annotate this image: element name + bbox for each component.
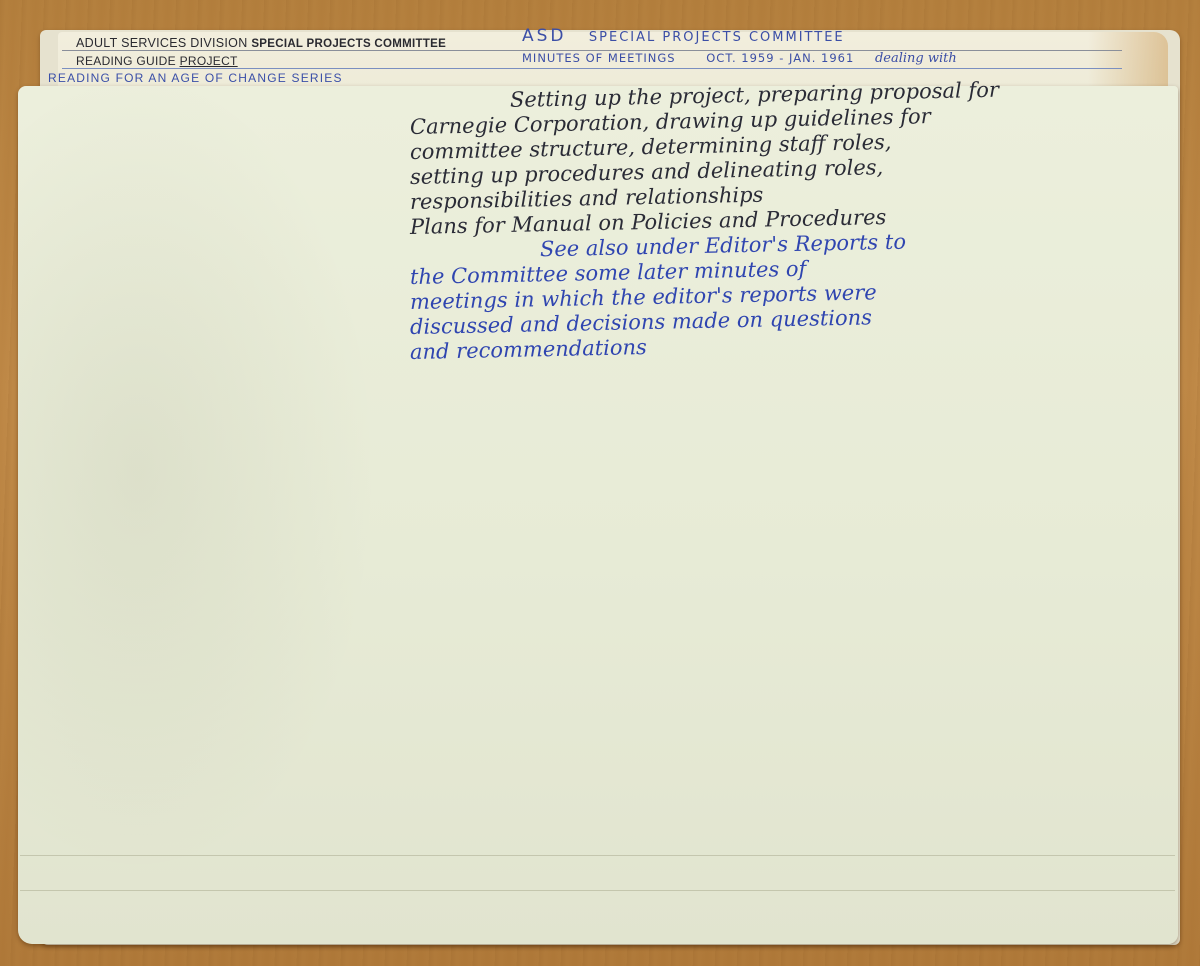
committee-name: SPECIAL PROJECTS COMMITTEE bbox=[251, 38, 446, 50]
tab-handwritten-subtitle: MINUTES OF MEETINGS OCT. 1959 - JAN. 196… bbox=[522, 51, 957, 66]
label-line-project: READING GUIDE PROJECT bbox=[76, 54, 238, 68]
tab-title-asd: ASD bbox=[522, 26, 567, 46]
tab-continuation: dealing with bbox=[875, 51, 957, 66]
label-line-series: READING FOR AN AGE OF CHANGE SERIES bbox=[48, 71, 343, 85]
tab-dates: OCT. 1959 - JAN. 1961 bbox=[706, 51, 854, 65]
tab-title-committee: SPECIAL PROJECTS COMMITTEE bbox=[589, 30, 845, 45]
division-name: ADULT SERVICES DIVISION bbox=[76, 36, 248, 50]
card-edge-line bbox=[20, 890, 1175, 891]
handwritten-notes: Setting up the project, preparing propos… bbox=[410, 90, 1150, 365]
tab-subtitle: MINUTES OF MEETINGS bbox=[522, 51, 676, 65]
tab-handwritten-title: ASD SPECIAL PROJECTS COMMITTEE bbox=[522, 26, 845, 46]
folder-label: ADULT SERVICES DIVISION SPECIAL PROJECTS… bbox=[62, 34, 532, 88]
project-word: PROJECT bbox=[180, 54, 238, 68]
card-edge-line bbox=[20, 855, 1175, 856]
label-line-division: ADULT SERVICES DIVISION SPECIAL PROJECTS… bbox=[76, 36, 446, 50]
project-name: READING GUIDE bbox=[76, 54, 176, 68]
